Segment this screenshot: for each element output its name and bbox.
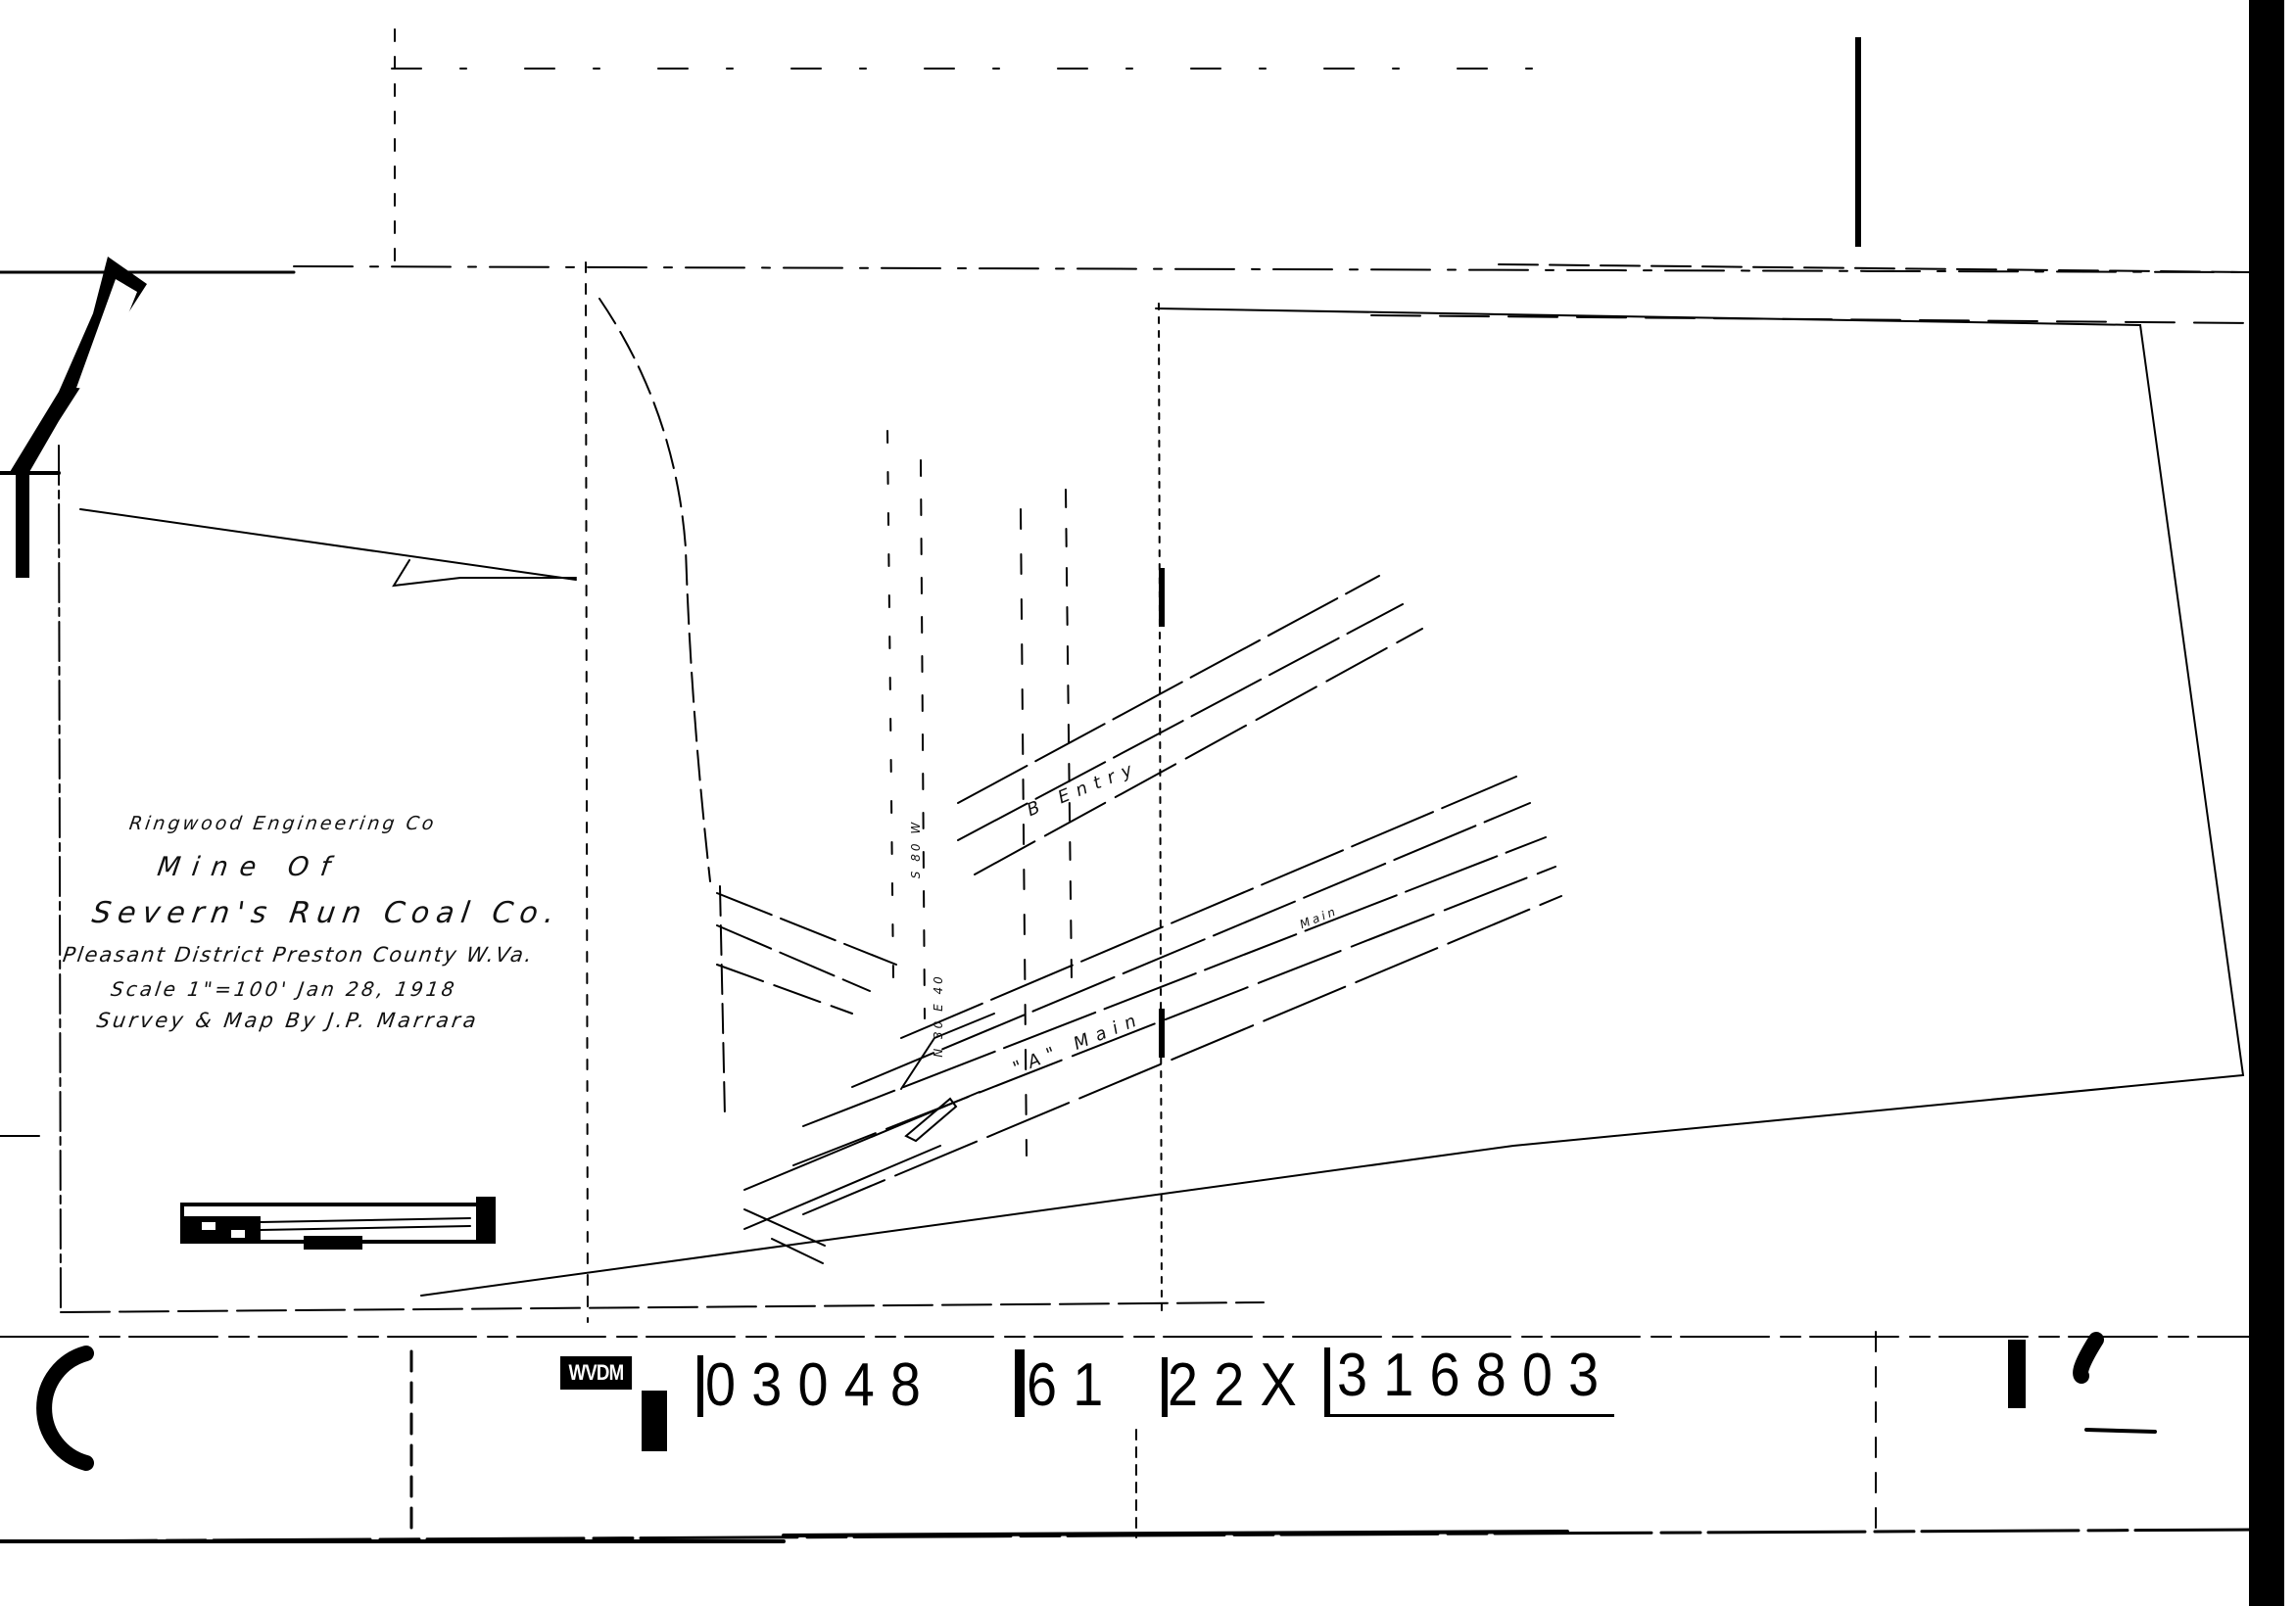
scan-edge-right xyxy=(2249,0,2284,1606)
property-boundary xyxy=(421,308,2243,1296)
archive-id-field-2: 61 xyxy=(1027,1355,1119,1416)
label-bearing: S 80 W xyxy=(909,820,923,878)
id-bracket xyxy=(697,1355,703,1417)
title-mine-of: Mine Of xyxy=(156,852,344,882)
title-scale-date: Scale 1"=100' Jan 28, 1918 xyxy=(110,977,459,1001)
id-bracket xyxy=(1015,1349,1025,1417)
title-company: Ringwood Engineering Co xyxy=(128,813,438,834)
archive-id-field-4: 316803 xyxy=(1337,1346,1614,1406)
archive-badge: WVDM xyxy=(560,1356,632,1390)
title-owner: Severn's Run Coal Co. xyxy=(90,896,563,930)
title-location: Pleasant District Preston County W.Va. xyxy=(62,943,536,967)
archive-badge-tail xyxy=(642,1391,667,1451)
title-surveyor: Survey & Map By J.P. Marrara xyxy=(95,1009,480,1032)
map-drawing xyxy=(0,0,2296,1606)
registration-mark-left xyxy=(44,1353,86,1463)
label-bearing: N 30 E 40 xyxy=(932,973,945,1058)
archive-id-field-3: 22X xyxy=(1168,1355,1313,1416)
archive-id-field-1: 03048 xyxy=(705,1355,936,1416)
